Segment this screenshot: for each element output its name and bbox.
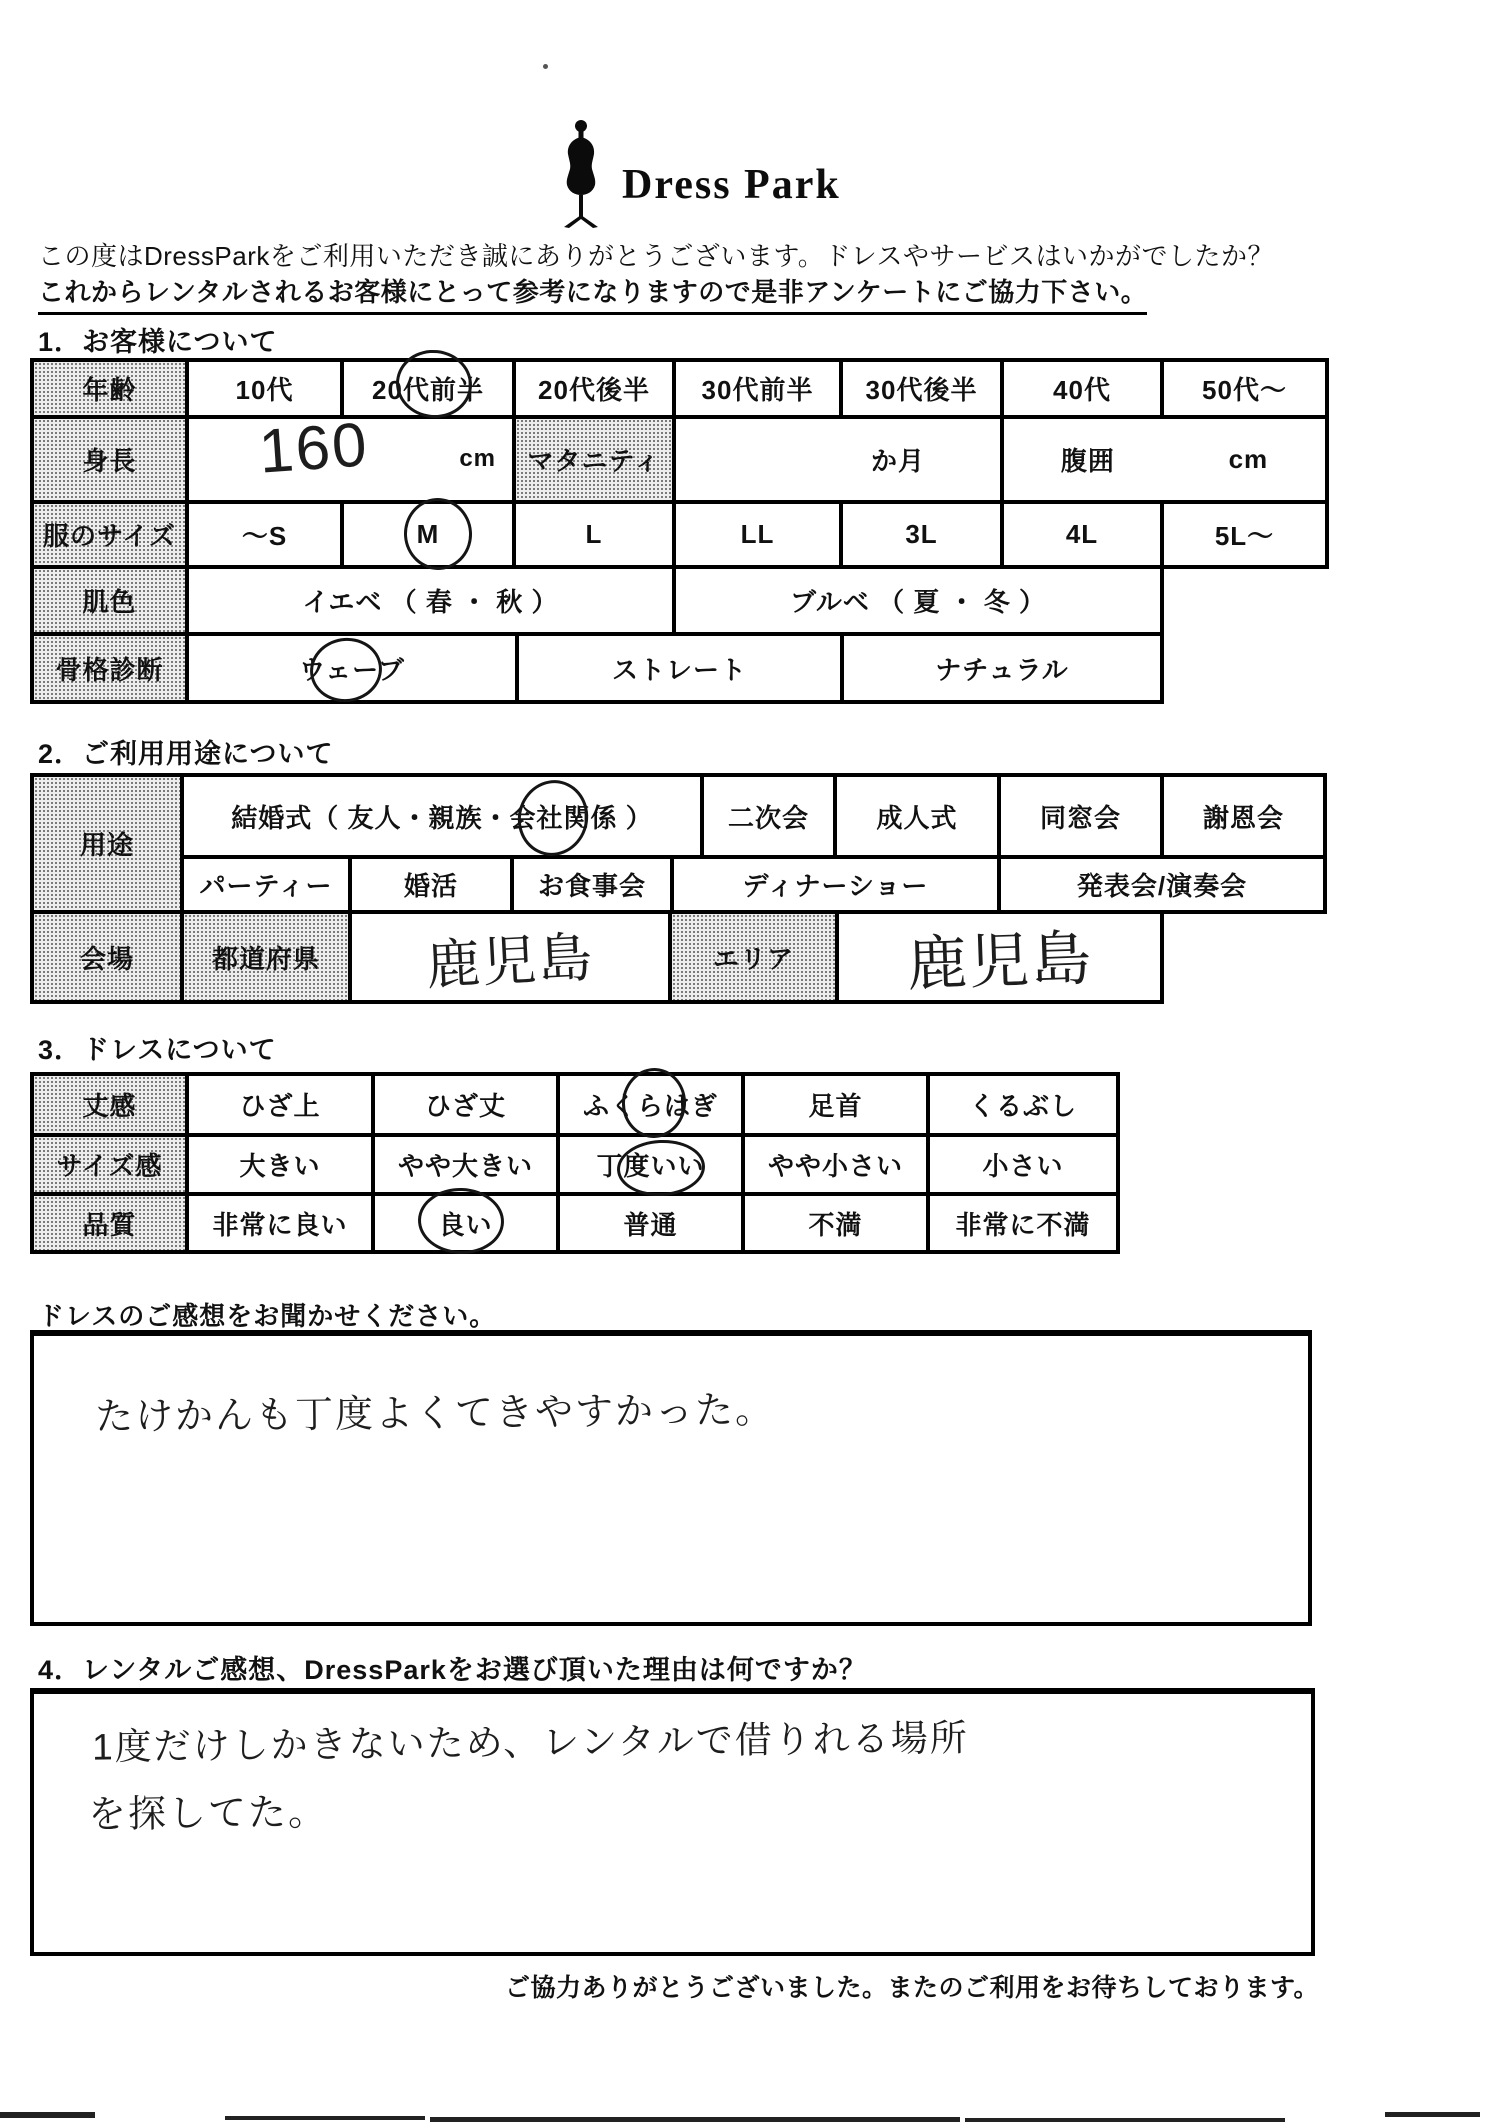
logo: Dress Park (552, 118, 841, 235)
skin-label: 肌色 (34, 569, 189, 636)
area-label-cell: エリア (672, 914, 839, 1004)
quality-opt-dissatisfied: 不満 (745, 1196, 930, 1254)
purpose-opt-party: パーティー (184, 859, 352, 914)
fit-opt-big: 大きい (189, 1137, 375, 1196)
dress-form-icon (552, 118, 610, 235)
purpose-opt-dinner-show: ディナーショー (674, 859, 1001, 914)
quality-opt-normal: 普通 (560, 1196, 745, 1254)
scan-artifact-line-5 (1385, 2112, 1480, 2117)
length-opt-anklebone: くるぶし (930, 1076, 1120, 1137)
size-opt-l: L (516, 504, 676, 569)
purpose-opt-konkatsu: 婚活 (352, 859, 514, 914)
length-opt-ankle: 足首 (745, 1076, 930, 1137)
closing-note: ご協力ありがとうございました。またのご利用をお待ちしております。 (505, 1968, 1319, 2004)
pref-label-cell: 都道府県 (184, 914, 352, 1004)
size-opt-5l: 5L～ (1164, 504, 1329, 569)
age-opt-30s-late: 30代後半 (843, 362, 1004, 419)
age-opt-50s: 50代～ (1164, 362, 1329, 419)
quality-opt-very-dissatisfied: 非常に不満 (930, 1196, 1120, 1254)
section4-title: 4．レンタルご感想、DressParkをお選び頂いた理由は何ですか？ (38, 1648, 867, 1687)
fit-label: サイズ感 (34, 1137, 189, 1196)
pref-handwritten: 鹿児島 (424, 914, 596, 1000)
quality-opt-very-good: 非常に良い (189, 1196, 375, 1254)
survey-sheet: Dress Park この度はDressParkをご利用いただき誠にありがとうご… (0, 0, 1500, 2127)
purpose-opt-dinner: お食事会 (514, 859, 674, 914)
customer-info-table: 年齢 10代 20代前半 20代後半 30代前半 30代後半 40代 50代～ … (30, 358, 1329, 704)
age-opt-10s: 10代 (189, 362, 344, 419)
area-value-cell: 鹿児島 (839, 914, 1164, 1004)
age-row: 年齢 10代 20代前半 20代後半 30代前半 30代後半 40代 50代～ (34, 362, 1329, 419)
size-label: 服のサイズ (34, 504, 189, 569)
purpose-opt-wedding: 結婚式（ 友人・親族・会社関係 ） (184, 777, 704, 859)
intro-line-2: これからレンタルされるお客様にとって参考になりますので是非アンケートにご協力下さ… (38, 272, 1147, 315)
quality-label: 品質 (34, 1196, 189, 1254)
length-row: 丈感 ひざ上 ひざ丈 ふくらはぎ 足首 くるぶし (34, 1076, 1120, 1137)
height-value-cell: 160 cm (189, 419, 516, 504)
fit-row: サイズ感 大きい やや大きい 丁度いい やや小さい 小さい (34, 1137, 1120, 1196)
dress-comment-handwritten: たけかんも丁度よくてきやすかった。 (95, 1378, 776, 1440)
scan-artifact-line-3 (430, 2117, 960, 2122)
age-opt-30s-early: 30代前半 (676, 362, 843, 419)
reason-line-2: を探してた。 (88, 1781, 329, 1839)
maternity-cell: マタニティ (516, 419, 676, 504)
frame-opt-natural: ナチュラル (844, 636, 1164, 704)
purpose-opt-coming-of-age: 成人式 (837, 777, 1001, 859)
waist-unit: cm (1229, 444, 1269, 475)
frame-opt-straight: ストレート (519, 636, 844, 704)
age-opt-20s-late: 20代後半 (516, 362, 676, 419)
size-opt-4l: 4L (1004, 504, 1164, 569)
length-opt-above-knee: ひざ上 (189, 1076, 375, 1137)
purpose-opt-recital: 発表会/演奏会 (1001, 859, 1327, 914)
purpose-row-1: 結婚式（ 友人・親族・会社関係 ） 二次会 成人式 同窓会 謝恩会 (184, 777, 1327, 859)
waist-cell: 腹囲 cm (1004, 419, 1329, 504)
scan-artifact-line-1 (0, 2112, 95, 2118)
skin-opt-yellow-base: イエベ （ 春 ・ 秋 ） (189, 569, 676, 636)
purpose-row-2: パーティー 婚活 お食事会 ディナーショー 発表会/演奏会 (184, 859, 1327, 914)
purpose-label: 用途 (34, 777, 184, 914)
age-label: 年齢 (34, 362, 189, 419)
reason-line-1: 1度だけしかきないため、レンタルで借りれる場所 (92, 1707, 969, 1770)
age-opt-40s: 40代 (1004, 362, 1164, 419)
height-unit: cm (459, 445, 496, 473)
fit-opt-small: 小さい (930, 1137, 1120, 1196)
skin-row: 肌色 イエベ （ 春 ・ 秋 ） ブルベ （ 夏 ・ 冬 ） (34, 569, 1329, 636)
fit-opt-slightly-big: やや大きい (375, 1137, 560, 1196)
size-row: 服のサイズ ～S M L LL 3L 4L 5L～ (34, 504, 1329, 569)
frame-label: 骨格診断 (34, 636, 189, 704)
height-label: 身長 (34, 419, 189, 504)
months-cell: か月 (676, 419, 1004, 504)
venue-row: 会場 都道府県 鹿児島 エリア 鹿児島 (34, 914, 1327, 1004)
venue-label: 会場 (34, 914, 184, 1004)
scan-artifact-dot (543, 64, 548, 69)
purpose-opt-thanks-party: 謝恩会 (1164, 777, 1327, 859)
purpose-opt-reunion: 同窓会 (1001, 777, 1164, 859)
waist-label: 腹囲 (1061, 441, 1115, 478)
section1-title: 1．お客様について (38, 320, 277, 359)
intro-line-1: この度はDressParkをご利用いただき誠にありがとうございます。ドレスやサー… (38, 236, 1274, 273)
size-opt-ll: LL (676, 504, 843, 569)
area-handwritten: 鹿児島 (905, 911, 1094, 1003)
frame-row: 骨格診断 ウェーブ ストレート ナチュラル (34, 636, 1329, 704)
height-row: 身長 160 cm マタニティ か月 腹囲 cm (34, 419, 1329, 504)
logo-text: Dress Park (622, 161, 841, 209)
dress-comment-prompt: ドレスのご感想をお聞かせください。 (38, 1296, 496, 1333)
purpose-opt-afterparty: 二次会 (704, 777, 837, 859)
purpose-rows: 用途 結婚式（ 友人・親族・会社関係 ） 二次会 成人式 同窓会 謝恩会 パーテ… (34, 777, 1327, 914)
length-opt-knee: ひざ丈 (375, 1076, 560, 1137)
quality-row: 品質 非常に良い 良い 普通 不満 非常に不満 (34, 1196, 1120, 1254)
section2-title: 2．ご利用用途について (38, 732, 333, 771)
length-label: 丈感 (34, 1076, 189, 1137)
scan-artifact-line-4 (965, 2118, 1285, 2122)
size-opt-3l: 3L (843, 504, 1004, 569)
pref-value-cell: 鹿児島 (352, 914, 672, 1004)
skin-opt-blue-base: ブルベ （ 夏 ・ 冬 ） (676, 569, 1164, 636)
section3-title: 3．ドレスについて (38, 1028, 277, 1067)
size-opt-s: ～S (189, 504, 344, 569)
dress-table: 丈感 ひざ上 ひざ丈 ふくらはぎ 足首 くるぶし サイズ感 大きい やや大きい … (30, 1072, 1120, 1254)
height-value-handwritten: 160 (257, 409, 371, 487)
fit-opt-slightly-small: やや小さい (745, 1137, 930, 1196)
dress-comment-box (30, 1330, 1312, 1626)
usage-table: 用途 結婚式（ 友人・親族・会社関係 ） 二次会 成人式 同窓会 謝恩会 パーテ… (30, 773, 1327, 1004)
scan-artifact-line-2 (225, 2116, 425, 2120)
